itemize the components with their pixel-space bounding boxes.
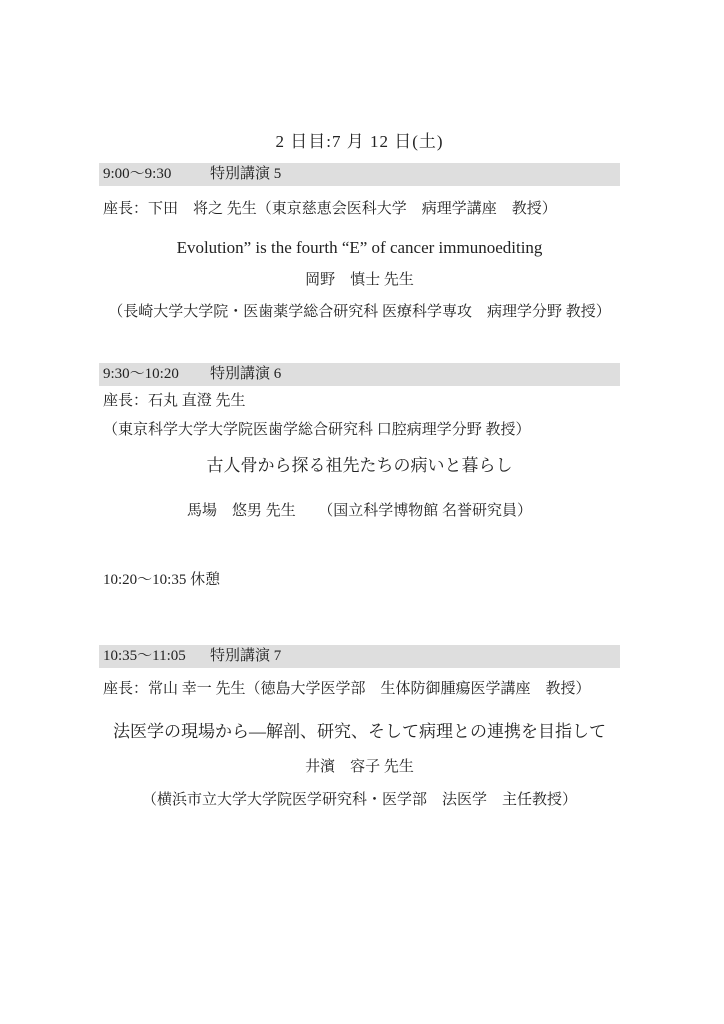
session5-affiliation: （長崎大学大学院・医歯薬学総合研究科 医療科学専攻 病理学分野 教授）	[99, 302, 620, 323]
program-content: 2 日目:7 月 12 日(土) 9:00～9:30 特別講演 5 座長：下田 …	[99, 0, 620, 1024]
session6-time: 9:30～10:20	[103, 363, 179, 386]
session5-label: 特別講演 5	[210, 163, 281, 186]
day-title: 2 日目:7 月 12 日(土)	[99, 130, 620, 154]
session5-header-band: 9:00～9:30 特別講演 5	[99, 163, 620, 186]
session7-header-band: 10:35～11:05 特別講演 7	[99, 645, 620, 668]
session7-affiliation: （横浜市立大学大学院医学研究科・医学部 法医学 主任教授）	[99, 790, 620, 811]
session7-time: 10:35～11:05	[103, 645, 186, 668]
session5-time: 9:00～9:30	[103, 163, 171, 186]
session5-talk-title: Evolution” is the fourth “E” of cancer i…	[99, 236, 620, 260]
session7-talk-title: 法医学の現場から―解剖、研究、そして病理との連携を目指して	[99, 720, 620, 744]
session7-speaker: 井濱 容子 先生	[99, 757, 620, 778]
session6-header-band: 9:30～10:20 特別講演 6	[99, 363, 620, 386]
session6-talk-title: 古人骨から探る祖先たちの病いと暮らし	[99, 454, 620, 478]
session6-label: 特別講演 6	[210, 363, 281, 386]
session5-chair: 座長：下田 将之 先生（東京慈恵会医科大学 病理学講座 教授）	[103, 199, 620, 219]
session7-label: 特別講演 7	[210, 645, 281, 668]
break-line: 10:20～10:35 休憩	[103, 570, 620, 590]
session6-chair: 座長：石丸 直澄 先生	[103, 391, 620, 411]
session6-speaker-line: 馬場 悠男 先生 （国立科学博物館 名誉研究員）	[99, 501, 620, 522]
session5-speaker: 岡野 慎士 先生	[99, 270, 620, 291]
program-page: 2 日目:7 月 12 日(土) 9:00～9:30 特別講演 5 座長：下田 …	[0, 0, 724, 1024]
session7-chair: 座長：常山 幸一 先生（徳島大学医学部 生体防御腫瘍医学講座 教授）	[103, 679, 620, 699]
session6-chair-affiliation: （東京科学大学大学院医歯学総合研究科 口腔病理学分野 教授）	[103, 420, 620, 440]
